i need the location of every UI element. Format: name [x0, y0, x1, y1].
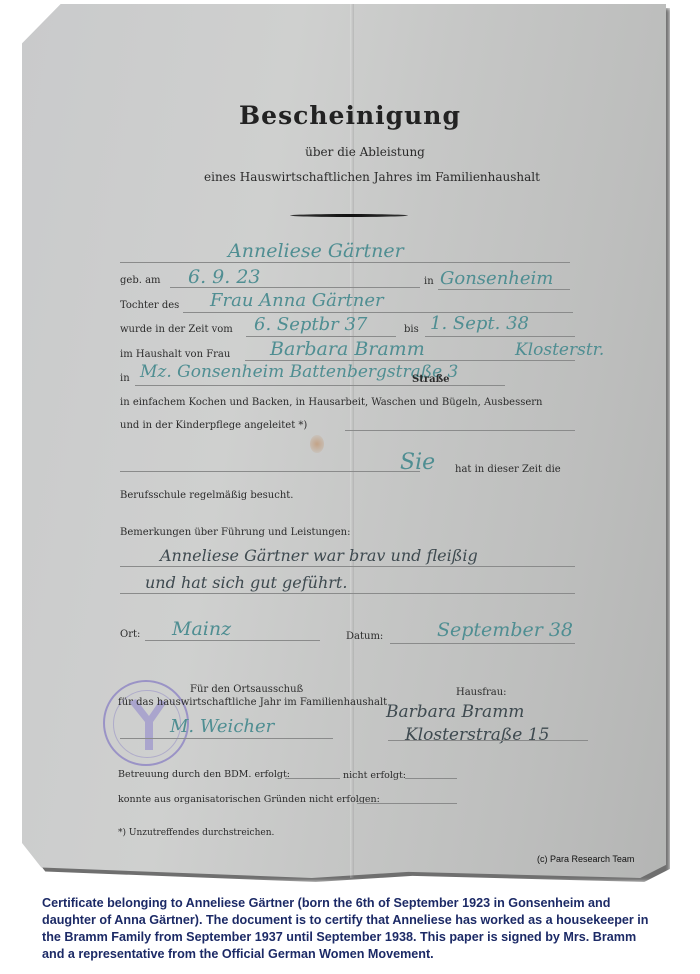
image-caption: Certificate belonging to Anneliese Gärtn… — [42, 895, 662, 963]
date-label: Datum: — [346, 631, 383, 642]
born-in-line — [438, 289, 570, 290]
place-value: Mainz — [172, 618, 231, 640]
period-from-line — [246, 336, 396, 337]
household-value: Barbara Bramm — [270, 338, 425, 360]
household-extra-value: Klosterstr. — [515, 340, 604, 360]
school-text-line2: Berufsschule regelmäßig besucht. — [120, 490, 293, 501]
housewife-signature: Barbara Bramm — [386, 702, 524, 722]
bdm-done-line — [285, 778, 340, 779]
street-label: Straße — [412, 374, 450, 385]
housewife-label: Hausfrau: — [456, 687, 507, 698]
title-ornament-divider — [290, 214, 408, 217]
household-label: im Haushalt von Frau — [120, 349, 230, 360]
period-from-value: 6. Septbr 37 — [254, 314, 367, 335]
remarks-label: Bemerkungen über Führung und Leistungen: — [120, 527, 350, 538]
name-value: Anneliese Gärtner — [228, 240, 404, 262]
training-text-line1: in einfachem Kochen und Backen, in Hausa… — [120, 397, 542, 408]
born-in-label: in — [424, 276, 434, 287]
name-line — [120, 262, 570, 263]
bdm-reason-line — [357, 803, 457, 804]
address-in-label: in — [120, 373, 130, 384]
school-text-line1: hat in dieser Zeit die — [455, 464, 561, 475]
committee-signature-line — [120, 738, 333, 739]
period-to-line — [425, 336, 575, 337]
daughter-of-label: Tochter des — [120, 300, 179, 311]
place-line — [145, 640, 320, 641]
housewife-signature-line — [388, 740, 588, 741]
remarks-line2: und hat sich gut geführt. — [145, 573, 347, 592]
remarks-line2-rule — [120, 593, 575, 594]
born-in-value: Gonsenheim — [440, 268, 553, 289]
document-title: Bescheinigung — [0, 101, 700, 130]
place-label: Ort: — [120, 629, 140, 640]
paper-stain — [310, 435, 324, 453]
address-line — [135, 385, 505, 386]
training-line — [345, 430, 575, 431]
remarks-line1-rule — [120, 566, 575, 567]
school-line — [120, 471, 420, 472]
born-on-line — [170, 287, 420, 288]
document-subtitle-line1: über die Ableistung — [15, 145, 700, 159]
household-line — [245, 360, 575, 361]
bdm-reason-label: konnte aus organisatorischen Gründen nic… — [118, 794, 380, 805]
date-line — [390, 643, 575, 644]
committee-label-line2: für das hauswirtschaftliche Jahr im Fami… — [118, 697, 387, 708]
committee-signature: M. Weicher — [170, 716, 274, 737]
footnote: *) Unzutreffendes durchstreichen. — [118, 828, 274, 838]
address-value: Mz. Gonsenheim Battenbergstraße 3 — [140, 362, 458, 382]
daughter-of-value: Frau Anna Gärtner — [210, 290, 384, 311]
bdm-not-done-label: nicht erfolgt: — [343, 770, 406, 781]
period-label: wurde in der Zeit vom — [120, 324, 233, 335]
date-value: September 38 — [437, 619, 573, 641]
period-to-label: bis — [404, 324, 419, 335]
paper-fold — [350, 4, 354, 878]
housewife-address: Klosterstraße 15 — [405, 725, 549, 745]
born-on-value: 6. 9. 23 — [188, 266, 261, 288]
born-on-label: geb. am — [120, 275, 161, 286]
document-subtitle-line2: eines Hauswirtschaftlichen Jahres im Fam… — [22, 170, 700, 184]
bdm-not-done-line — [405, 778, 457, 779]
copyright-notice: (c) Para Research Team — [537, 854, 634, 864]
bdm-done-label: Betreuung durch den BDM. erfolgt: — [118, 769, 290, 780]
remarks-line1: Anneliese Gärtner war brav und fleißig — [160, 546, 478, 565]
period-to-value: 1. Sept. 38 — [430, 313, 529, 334]
committee-label-line1: Für den Ortsausschuß — [190, 684, 303, 695]
training-text-line2: und in der Kinderpflege angeleitet *) — [120, 420, 307, 431]
